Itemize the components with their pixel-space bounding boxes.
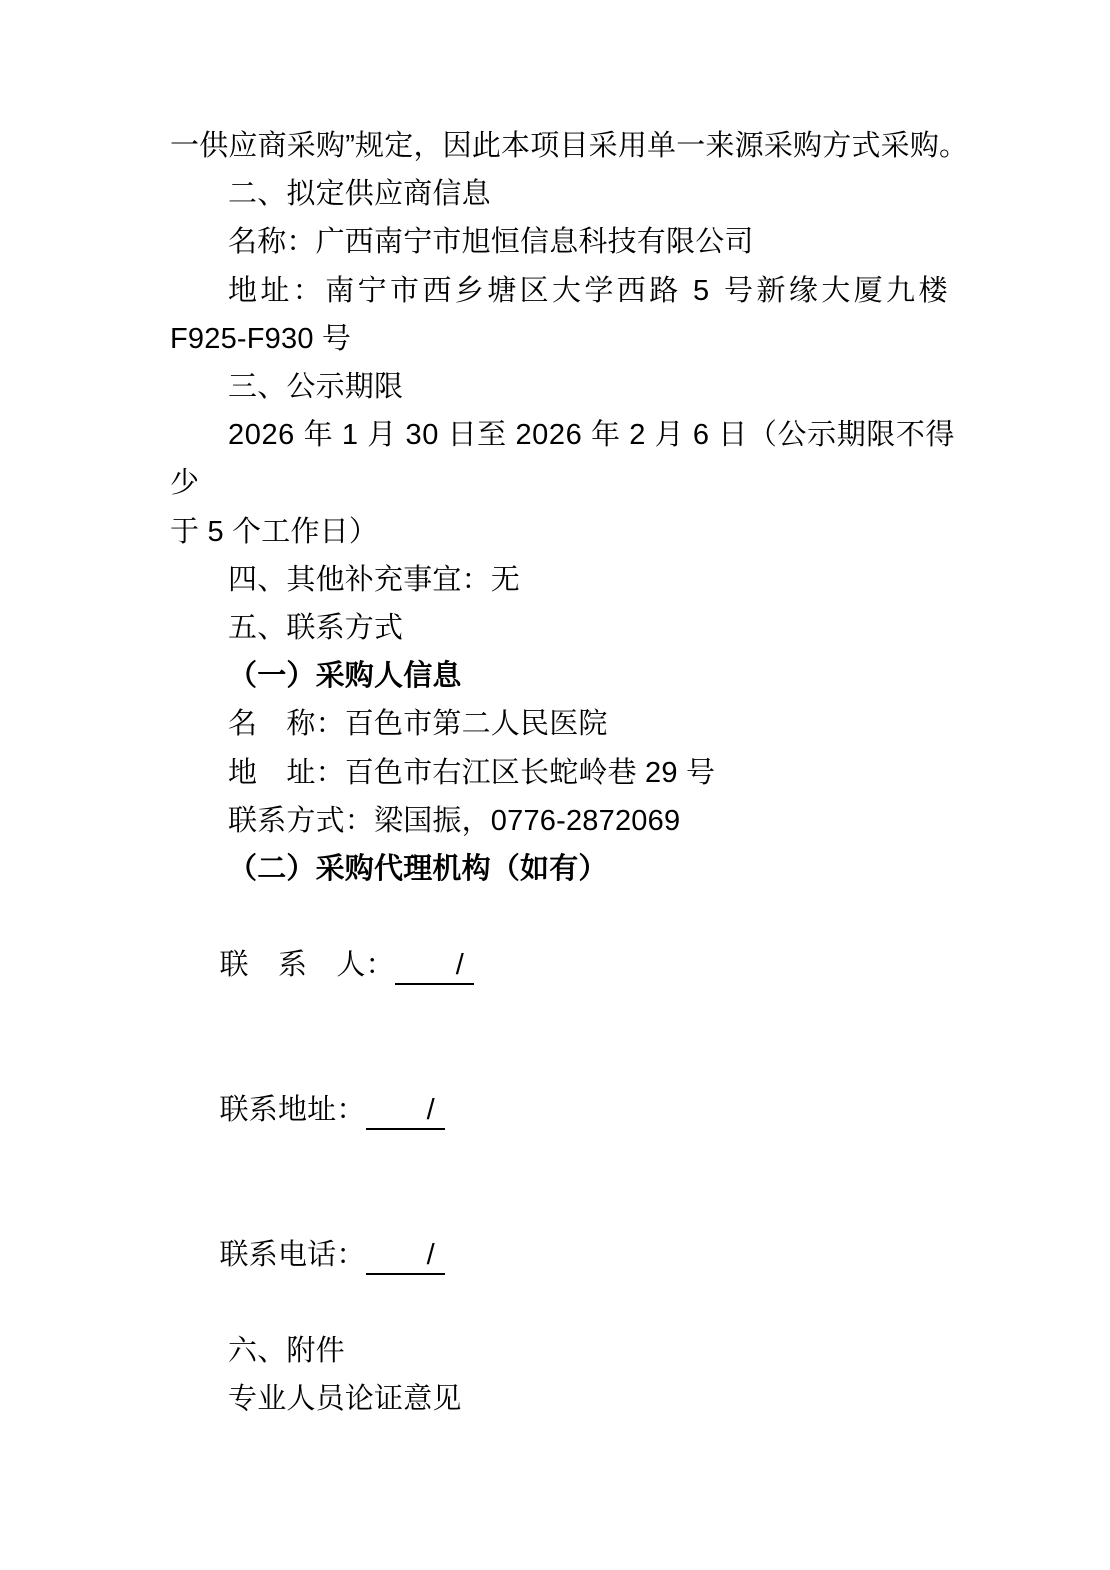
section-5-heading: 五、联系方式 [170,604,970,652]
purchaser-name: 名 称：百色市第二人民医院 [170,700,970,748]
agency-contact-address: 联系地址：/ [170,1038,970,1183]
purchaser-info-heading: （一）采购人信息 [170,652,970,700]
section-3-heading: 三、公示期限 [170,363,970,411]
proposed-supplier-address: 地址：南宁市西乡塘区大学西路 5 号新缘大厦九楼 [170,267,970,315]
purchaser-address: 地 址：百色市右江区长蛇岭巷 29 号 [170,749,970,797]
agency-contact-address-label: 联系地址： [220,1094,366,1126]
publicity-period-dates: 2026 年 1 月 30 日至 2026 年 2 月 6 日（公示期限不得少 [170,411,970,507]
agency-contact-address-value: / [366,1094,445,1130]
agency-contact-phone-label: 联系电话： [220,1239,366,1271]
document-page: 一供应商采购”规定，因此本项目采用单一来源采购方式采购。 二、拟定供应商信息 名… [0,0,1110,1570]
attachment-name: 专业人员论证意见 [170,1375,970,1423]
proposed-supplier-name: 名称：广西南宁市旭恒信息科技有限公司 [170,218,970,266]
section-2-heading: 二、拟定供应商信息 [170,170,970,218]
agency-contact-person-value: / [395,949,474,985]
continuation-paragraph-text: 一供应商采购”规定，因此本项目采用单一来源采购方式采购。 [170,122,970,170]
proposed-supplier-address-continued: F925-F930 号 [170,315,970,363]
agency-info-heading: （二）采购代理机构（如有） [170,845,970,893]
section-4-other-matters: 四、其他补充事宜：无 [170,556,970,604]
section-6-heading: 六、附件 [170,1327,970,1375]
purchaser-contact: 联系方式：梁国振，0776-2872069 [170,797,970,845]
agency-contact-phone: 联系电话：/ [170,1182,970,1327]
publicity-period-continued: 于 5 个工作日） [170,508,970,556]
agency-contact-phone-value: / [366,1239,445,1275]
document-body: 一供应商采购”规定，因此本项目采用单一来源采购方式采购。 二、拟定供应商信息 名… [170,122,970,1423]
agency-contact-person-label: 联 系 人： [220,949,395,981]
agency-contact-person: 联 系 人：/ [170,893,970,1038]
